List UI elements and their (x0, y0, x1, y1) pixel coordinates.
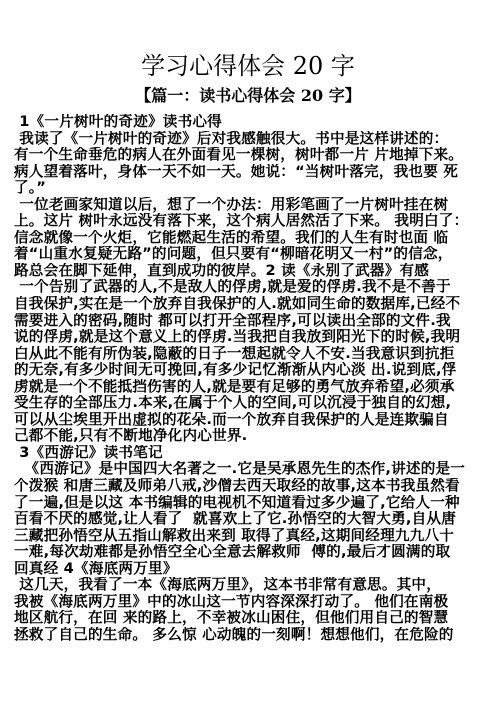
text-line: 着“山重水复疑无路”的问题，但只要有“柳暗花明又一村”的信念， (14, 246, 486, 263)
text-line: 可以从尘埃里开出虚拟的花朵.而一个放弃自我保护的人是连欺骗自 (14, 412, 486, 429)
text-line: 白从此不能有所伪装,隐蔽的日子一想起就令人不安.当我意识到抗拒 (14, 346, 486, 363)
text-line: 百看不厌的感觉,让人看了 就喜欢上了它.孙悟空的大智大勇,自从唐 (14, 511, 486, 528)
text-line: 己都不能,只有不断地净化内心世界. (14, 428, 486, 445)
text-line: 三藏把孙悟空从五指山解救出来到 取得了真经,这期间经理九九八十 (14, 528, 486, 545)
text-line: 《西游记》是中国四大名著之一.它是吴承恩先生的杰作,讲述的是一 (14, 461, 486, 478)
text-line: 拯救了自己的生命。 多么惊 心动魄的一刻啊！想想他们，在危险的 (14, 627, 486, 644)
text-line: 地区航行，在回 来的路上，不幸被冰山困住，但他们用自己的智慧 (14, 610, 486, 627)
text-line: 一难,每次劫难都是孙悟空全心全意去解救师 傅的,最后才圆满的取 (14, 544, 486, 561)
text-line: 路总会在脚下延伸，直到成功的彼岸。2 读《永别了武器》有感 (14, 263, 486, 280)
text-line: 一位老画家知道以后，想了一个办法：用彩笔画了一片树叶挂在树 (14, 197, 486, 214)
document-subtitle: 【篇一：读书心得体会 20 字】 (0, 86, 496, 105)
document-page: 学习心得体会 20 字 【篇一：读书心得体会 20 字】 1《一片树叶的奇迹》读… (0, 0, 496, 702)
text-line: 的无奈,有多少时间无可挽回,有多少记忆渐渐从内心淡 出.说到底,俘 (14, 362, 486, 379)
text-line: 需要进入的密码,随时 都可以打开全部程序,可以读出全部的文件.我 (14, 313, 486, 330)
text-line: 上。这片 树叶永远没有落下来，这个病人居然活了下来。 我明白了： (14, 213, 486, 230)
text-line: 了一遍,但是以这 本书编辑的电视机不知道看过多少遍了,它给人一种 (14, 495, 486, 512)
text-line: 这几天，我看了一本《海底两万里》，这本书非常有意思。其中， (14, 577, 486, 594)
body-text: 1《一片树叶的奇迹》读书心得 我读了《一片树叶的奇迹》后对我感触很大。书中是这样… (14, 114, 486, 644)
text-line: 3《西游记》读书笔记 (14, 445, 486, 462)
text-line: 有一个生命垂危的病人在外面看见一棵树，树叶都一片 片地掉下来。 (14, 147, 486, 164)
text-line: 说的俘虏,就是这个意义上的俘虏.当我把自我放到阳光下的时候,我明 (14, 329, 486, 346)
text-line: 个泼猴 和唐三藏及师弟八戒,沙僧去西天取经的故事,这本书我虽然看 (14, 478, 486, 495)
text-line: 回真经 4《海底两万里》 (14, 561, 486, 578)
text-line: 了。” (14, 180, 486, 197)
text-line: 受生存的全部压力.本来,在属于个人的空间,可以沉浸于独自的幻想, (14, 395, 486, 412)
text-line: 1《一片树叶的奇迹》读书心得 (14, 114, 486, 131)
text-line: 病人望着落叶，身体一天不如一天。她说：“当树叶落完，我也要 死 (14, 164, 486, 181)
document-title: 学习心得体会 20 字 (0, 52, 496, 80)
text-line: 一个告别了武器的人,不是敌人的俘虏,就是爱的俘虏.我不是不善于 (14, 279, 486, 296)
text-line: 我读了《一片树叶的奇迹》后对我感触很大。书中是这样讲述的： (14, 131, 486, 148)
text-line: 虏就是一个不能抵挡伤害的人,就是要有足够的勇气放弃希望,必须承 (14, 379, 486, 396)
text-line: 信念就像一个火炬，它能燃起生活的希望。我们的人生有时也面 临 (14, 230, 486, 247)
text-line: 我被《海底两万里》中的冰山这一节内容深深打动了。 他们在南极 (14, 594, 486, 611)
text-line: 自我保护,实在是一个放弃自我保护的人.就如同生命的数据库,已经不 (14, 296, 486, 313)
